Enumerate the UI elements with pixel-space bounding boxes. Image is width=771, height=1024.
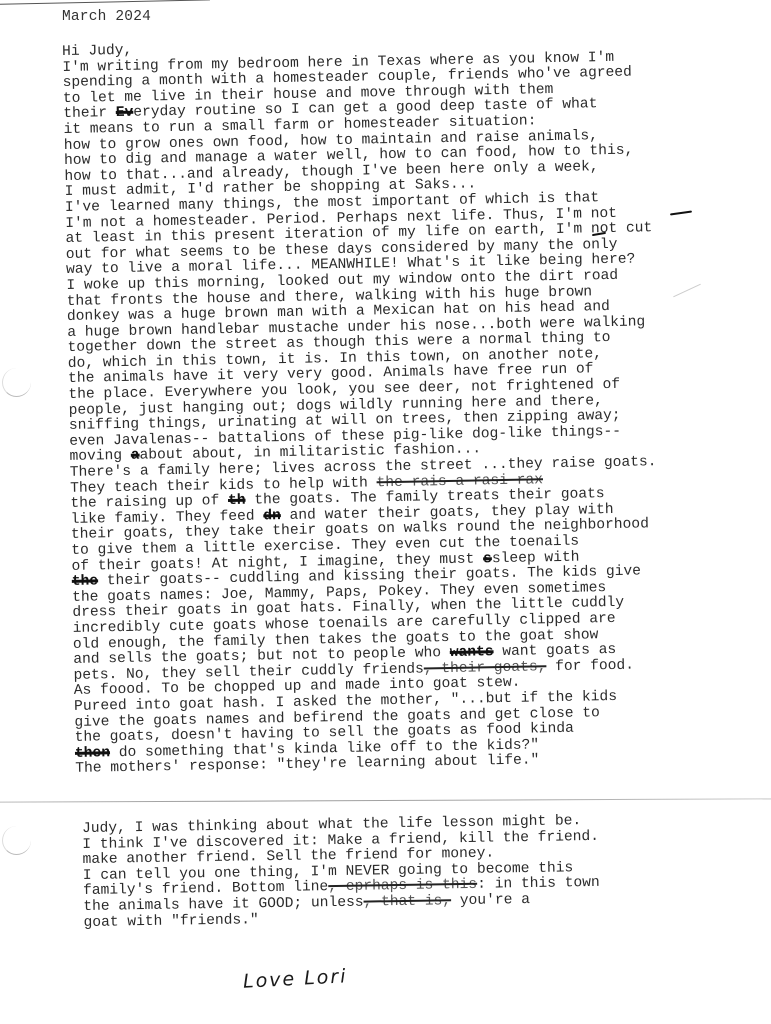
scribbled-correction: Ev [116,106,134,122]
paper-fold-line [0,798,771,802]
letter-body-part-1: Hi Judy,I'm writing from my bedroom here… [62,32,765,777]
typed-text: their [63,105,116,122]
handwritten-signature: Love Lori [242,965,347,992]
letter-date: March 2024 [62,9,151,25]
punch-hole-mark [2,826,31,855]
letter-body-part-2: Judy, I was thinking about what the life… [82,811,771,931]
typed-text: : in this town [477,875,600,893]
typed-text: goat with "friends." [83,912,258,931]
page-top-edge [0,0,210,5]
typed-text: Hi Judy, [62,43,132,60]
struck-out-text: , their goats, [424,659,547,677]
punch-hole-mark [2,368,31,397]
scribbled-correction: a [131,449,140,465]
scribbled-correction: th [228,494,246,510]
struck-out-text: , that is, [363,893,451,910]
typed-text: you're a [451,892,530,909]
typed-text: moving [69,448,131,465]
typed-text: for food. [546,657,634,675]
scribbled-correction: dn [263,509,281,525]
